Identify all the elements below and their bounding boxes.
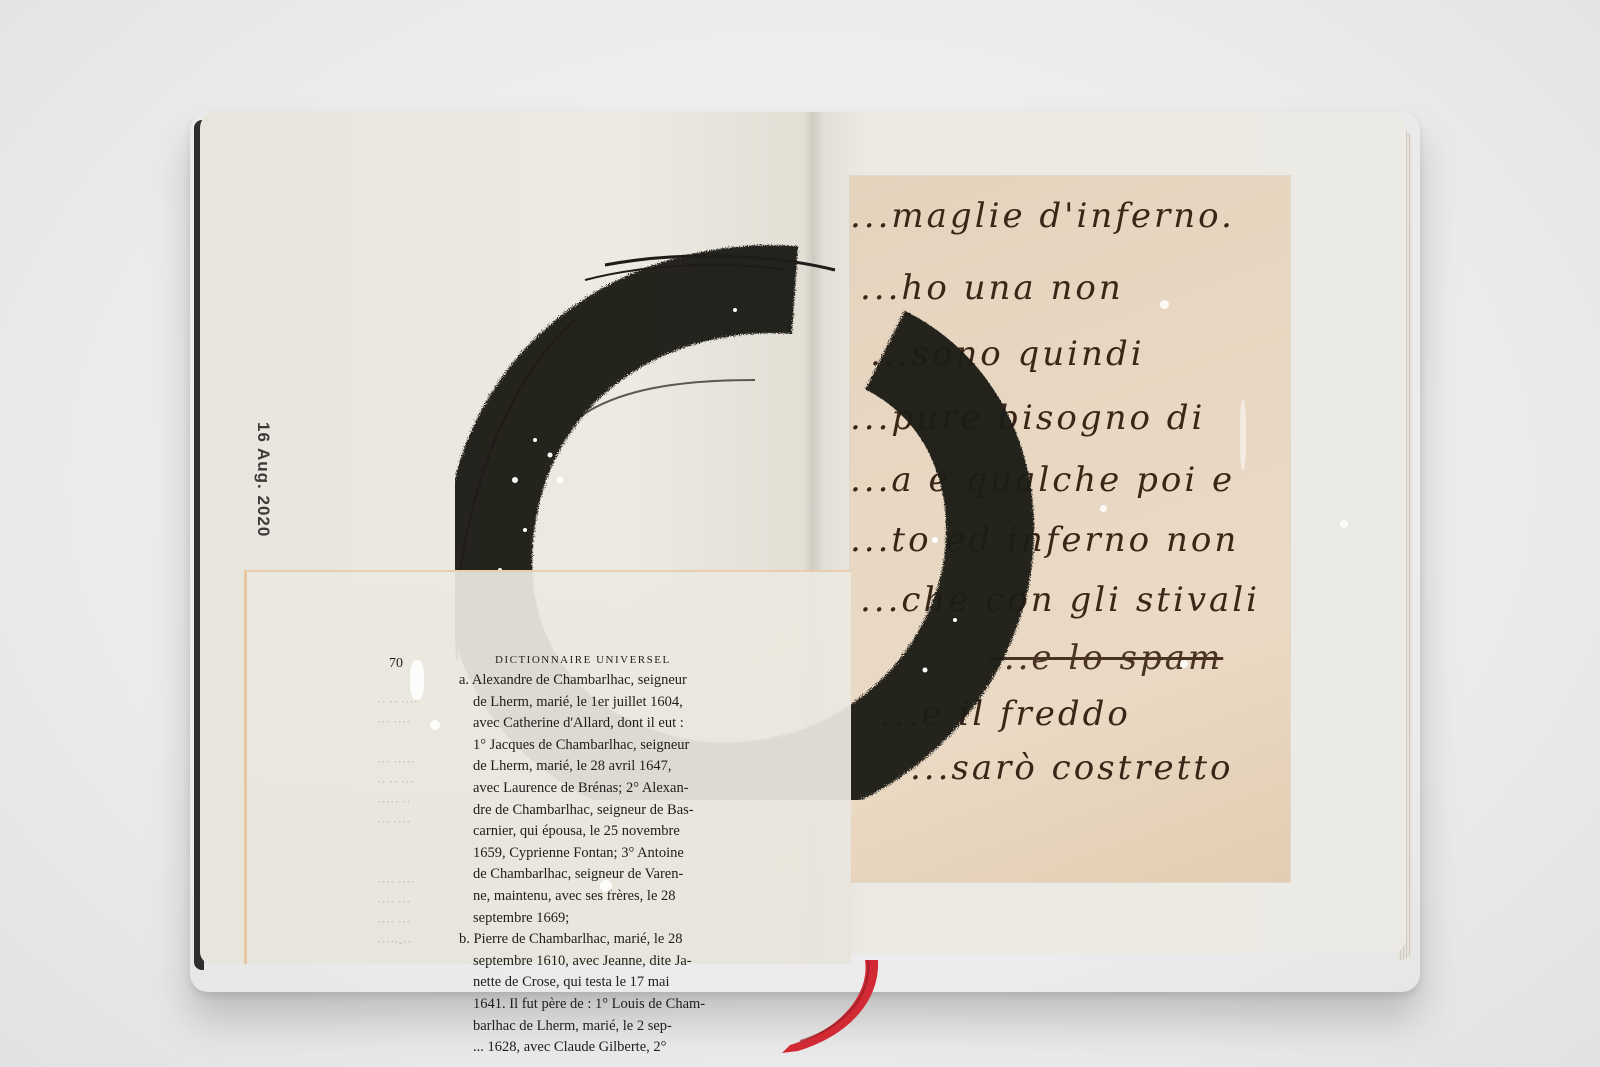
running-header: DICTIONNAIRE UNIVERSEL — [495, 654, 671, 666]
paint-splatter — [1100, 505, 1107, 512]
entry-line: ... 1628, avec Claude Gilberte, 2° — [459, 1037, 799, 1059]
entry-line: 1659, Cyprienne Fontan; 3° Antoine — [459, 843, 799, 865]
date-stamp: 16 Aug. 2020 — [248, 410, 278, 550]
entry-line: 1641. Il fut père de : 1° Louis de Cham- — [459, 994, 799, 1016]
entry-line: avec Catherine d'Allard, dont il eut : — [459, 713, 799, 735]
entry-line: ne, maintenu, avec ses frères, le 28 — [459, 886, 799, 908]
entry-line: de Lherm, marié, le 28 avril 1647, — [459, 756, 799, 778]
dictionary-page-collage: ·· ·· ······· ······· ······· ·· ·······… — [244, 570, 851, 964]
bleed-through-text: ·· ·· ······· ······· ······· ·· ·······… — [377, 692, 457, 832]
entry-line: 1° Jacques de Chambarlhac, seigneur — [459, 735, 799, 757]
bleed-through-text: ···· ········ ······· ········-·· — [377, 872, 457, 952]
dictionary-entries: a. Alexandre de Chambarlhac, seigneur de… — [459, 670, 799, 1059]
entry-line: a. Alexandre de Chambarlhac, seigneur — [459, 670, 799, 692]
photo-scene: 16 Aug. 2020 ...maglie d'inferno. ...ho … — [0, 0, 1600, 1067]
entry-line: barlhac de Lherm, marié, le 2 sep- — [459, 1016, 799, 1038]
entry-line: de Chambarlhac, seigneur de Varen- — [459, 864, 799, 886]
paint-splatter — [1160, 300, 1169, 309]
bookmark-ribbon — [770, 955, 890, 1055]
page-number: 70 — [389, 656, 403, 672]
paint-splatter — [430, 720, 440, 730]
entry-line: de Lherm, marié, le 1er juillet 1604, — [459, 692, 799, 714]
paint-splatter — [600, 880, 612, 892]
entry-line: avec Laurence de Brénas; 2° Alexan- — [459, 778, 799, 800]
handwritten-line: ...maglie d'inferno. — [850, 196, 1235, 236]
paint-splatter — [1180, 660, 1188, 668]
paint-splatter — [410, 660, 424, 700]
entry-line: carnier, qui épousa, le 25 novembre — [459, 821, 799, 843]
paint-splatter — [1340, 520, 1348, 528]
entry-line: b. Pierre de Chambarlhac, marié, le 28 — [459, 929, 799, 951]
paint-splatter — [1240, 400, 1246, 470]
entry-line: dre de Chambarlhac, seigneur de Bas- — [459, 800, 799, 822]
entry-line: nette de Crose, qui testa le 17 mai — [459, 972, 799, 994]
entry-line: septembre 1669; — [459, 908, 799, 930]
entry-line: septembre 1610, avec Jeanne, dite Ja- — [459, 951, 799, 973]
